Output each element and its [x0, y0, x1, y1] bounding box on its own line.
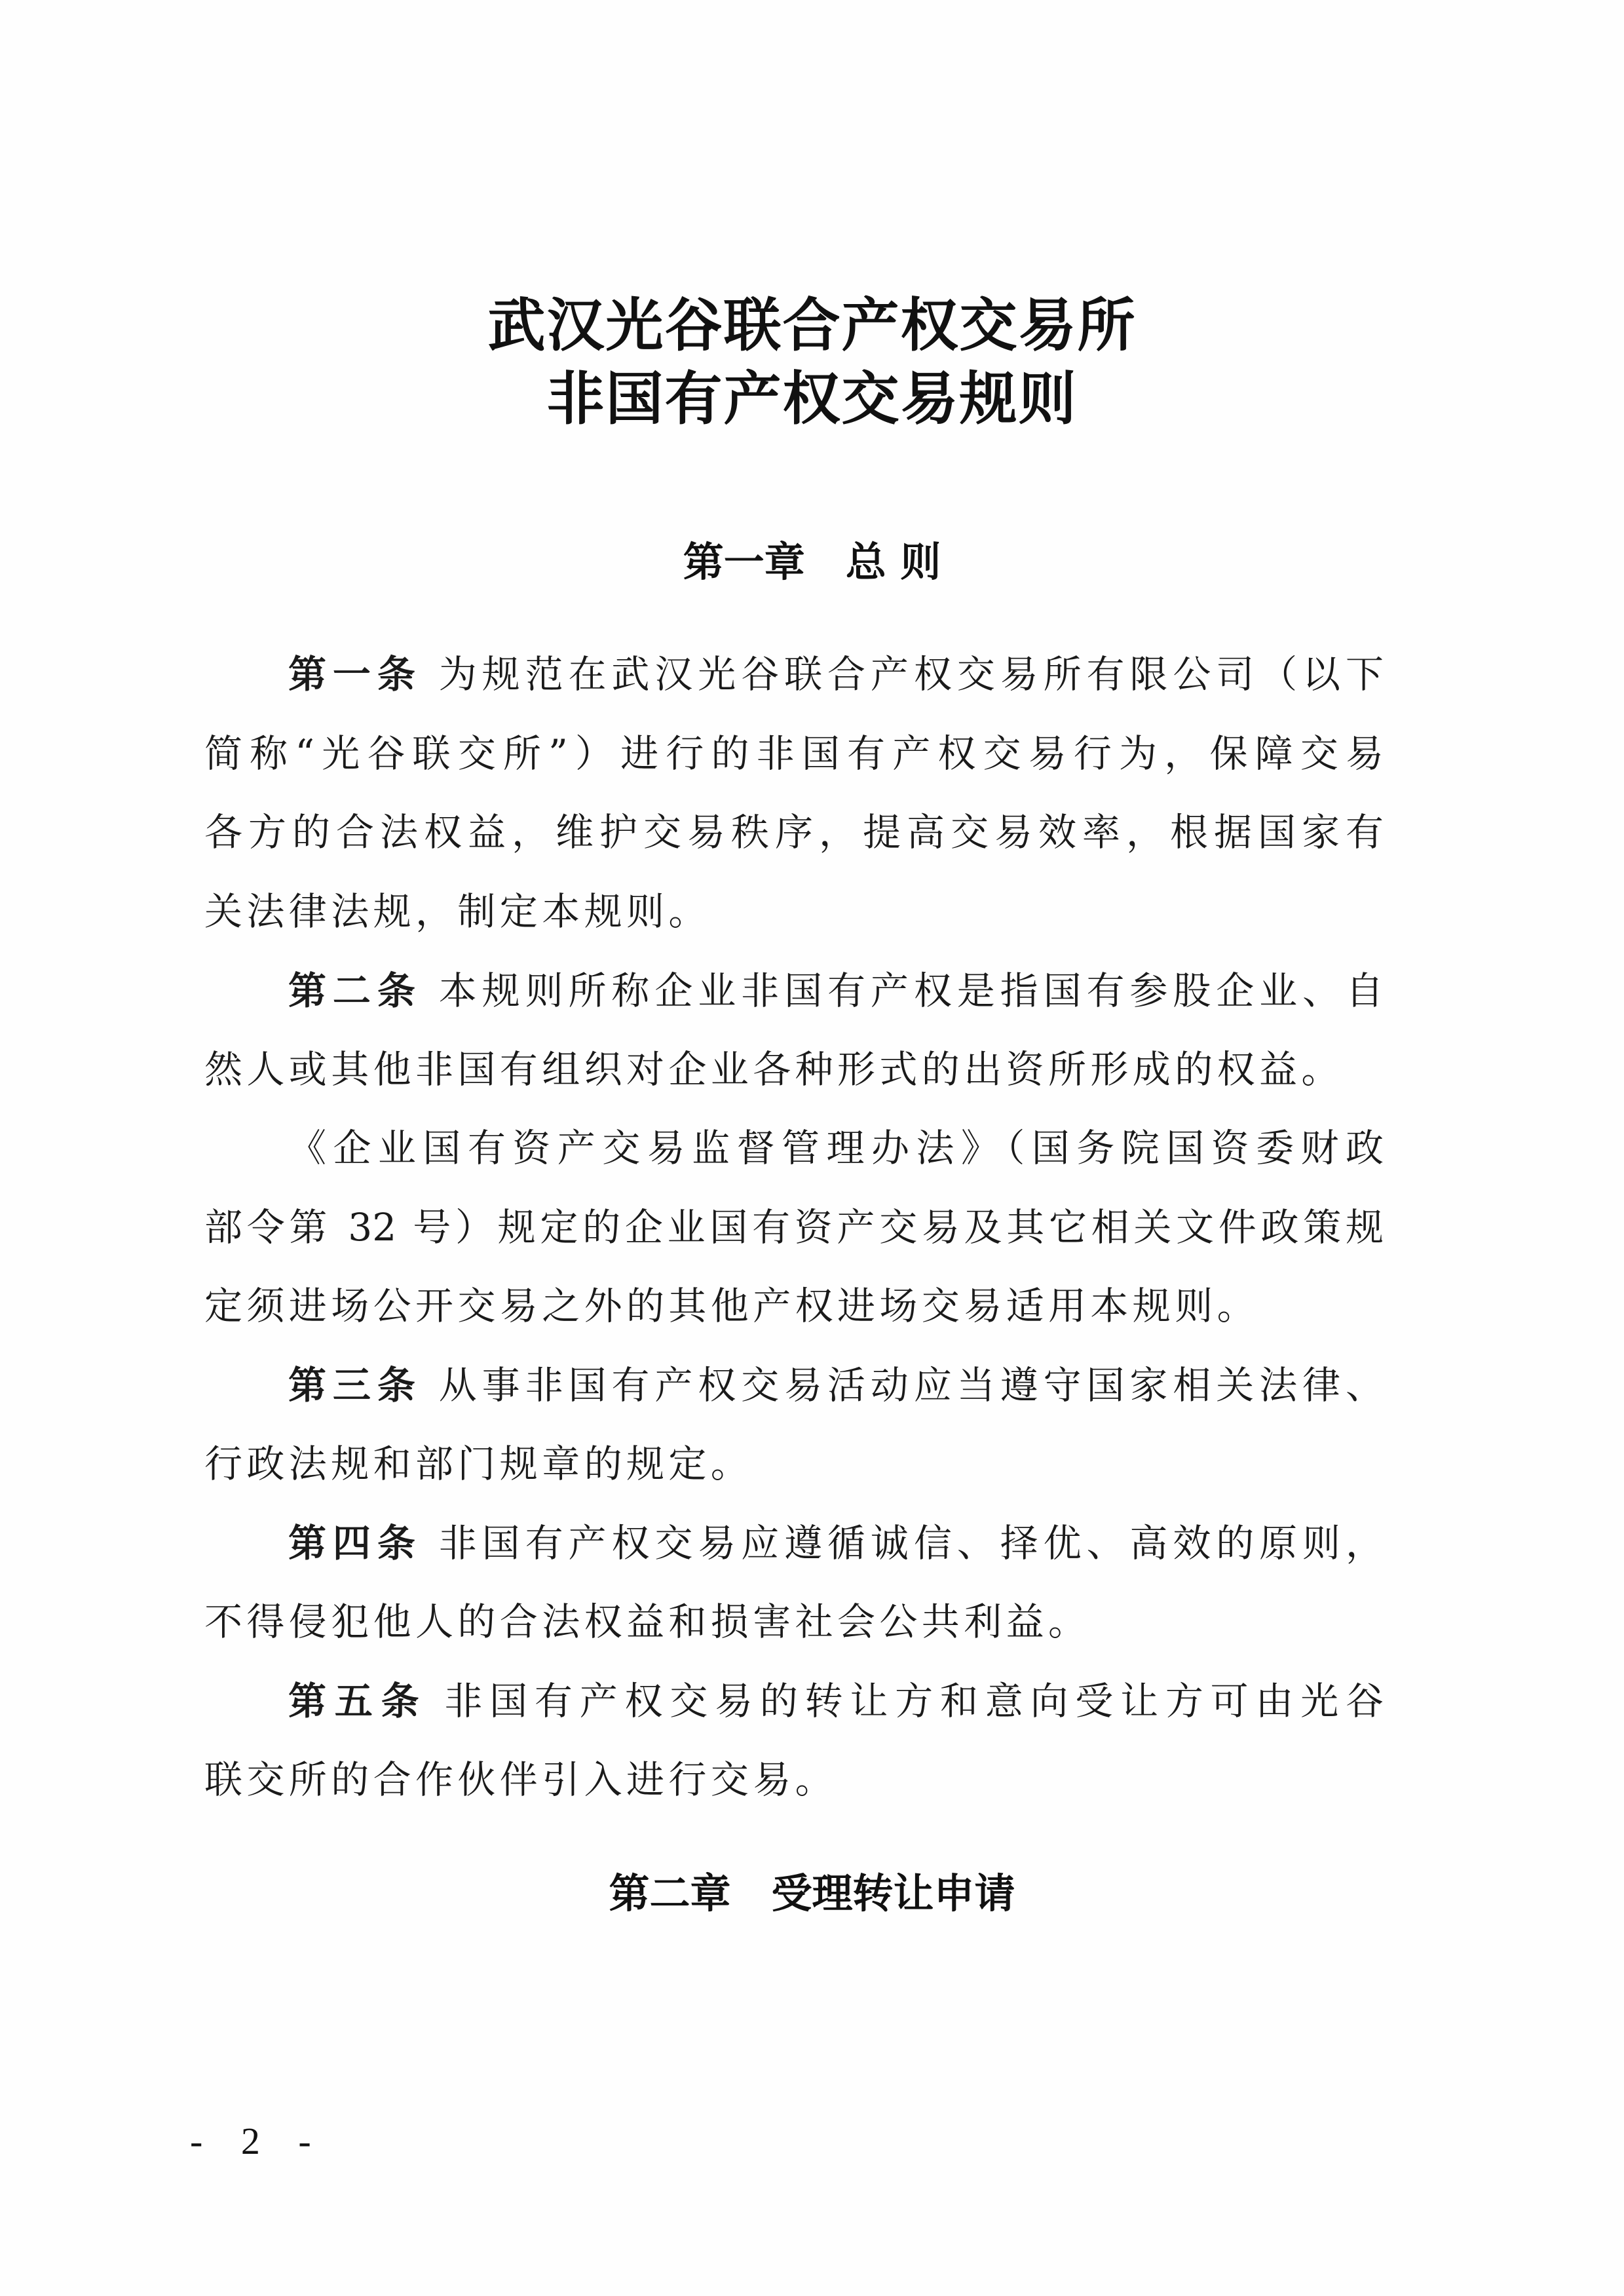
article-3-label: 第三条 [288, 1363, 422, 1407]
chapter-1-heading: 第一章总 则 [0, 536, 1624, 588]
article-3-text-1: 从事非国有产权交易活动应当遵守国家相关法律、 [439, 1363, 1384, 1407]
article-3-line-1: 第三条从事非国有产权交易活动应当遵守国家相关法律、 [288, 1359, 1384, 1411]
article-1-label: 第一条 [288, 652, 422, 697]
document-title-line-2: 非国有产权交易规则 [0, 366, 1624, 431]
article-2-label: 第二条 [288, 968, 422, 1013]
chapter-2-number: 第二章 [609, 1869, 730, 1917]
chapter-1-name: 总 则 [846, 538, 941, 586]
article-5-label: 第五条 [288, 1679, 427, 1723]
article-1-line-3: 各方的合法权益，维护交易秩序，提高交易效率，根据国家有 [204, 806, 1384, 858]
article-4-line-1: 第四条非国有产权交易应遵循诚信、择优、高效的原则， [288, 1517, 1384, 1569]
article-2-para-2-line-2: 部令第 32 号）规定的企业国有资产交易及其它相关文件政策规 [204, 1201, 1384, 1253]
page-number: - 2 - [190, 2115, 326, 2168]
article-3-line-2: 行政法规和部门规章的规定。 [204, 1438, 1384, 1490]
article-1-line-2: 简称“光谷联交所”）进行的非国有产权交易行为，保障交易 [204, 727, 1384, 780]
article-1-text-1: 为规范在武汉光谷联合产权交易所有限公司（以下 [439, 652, 1384, 697]
article-4-line-2: 不得侵犯他人的合法权益和损害社会公共利益。 [204, 1596, 1384, 1648]
chapter-2-name: 受理转让申请 [772, 1869, 1015, 1917]
article-4-label: 第四条 [288, 1521, 422, 1565]
article-5-line-1: 第五条非国有产权交易的转让方和意向受让方可由光谷 [288, 1675, 1384, 1727]
document-page: 武汉光谷联合产权交易所 非国有产权交易规则 第一章总 则 第一条为规范在武汉光谷… [0, 0, 1624, 2296]
article-2-para-2-line-3: 定须进场公开交易之外的其他产权进场交易适用本规则。 [204, 1280, 1384, 1332]
article-4-text-1: 非国有产权交易应遵循诚信、择优、高效的原则， [439, 1521, 1384, 1565]
document-title-line-1: 武汉光谷联合产权交易所 [0, 292, 1624, 358]
article-2-line-2: 然人或其他非国有组织对企业各种形式的出资所形成的权益。 [204, 1043, 1384, 1096]
article-2-text-1: 本规则所称企业非国有产权是指国有参股企业、自 [439, 968, 1384, 1013]
article-1-line-4: 关法律法规，制定本规则。 [204, 885, 1384, 938]
chapter-1-number: 第一章 [683, 538, 805, 586]
article-2-line-1: 第二条本规则所称企业非国有产权是指国有参股企业、自 [288, 965, 1384, 1017]
article-2-para-2-line-1: 《企业国有资产交易监督管理办法》（国务院国资委财政 [288, 1122, 1384, 1174]
article-1-line-1: 第一条为规范在武汉光谷联合产权交易所有限公司（以下 [288, 648, 1384, 700]
article-5-text-1: 非国有产权交易的转让方和意向受让方可由光谷 [444, 1679, 1384, 1723]
article-5-line-2: 联交所的合作伙伴引入进行交易。 [204, 1753, 1384, 1806]
chapter-2-heading: 第二章受理转让申请 [0, 1867, 1624, 1920]
